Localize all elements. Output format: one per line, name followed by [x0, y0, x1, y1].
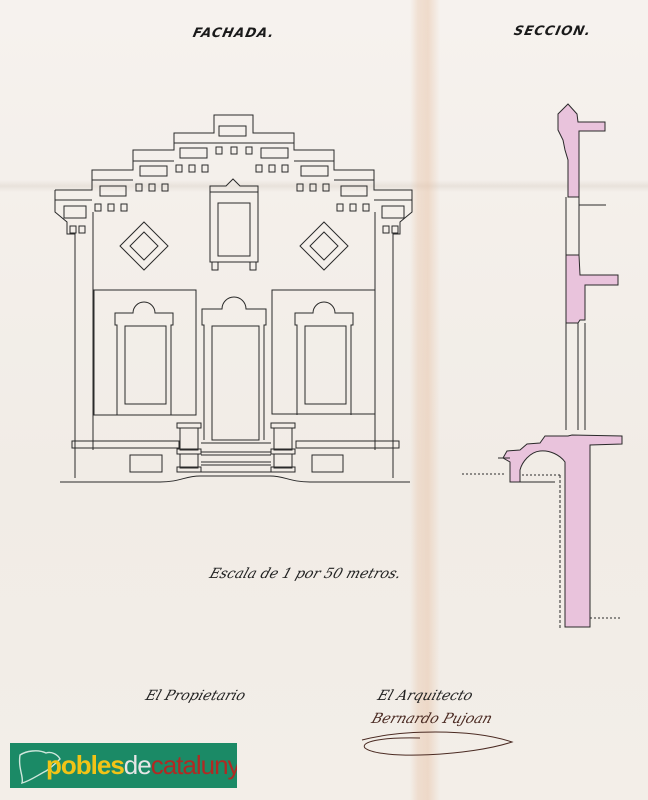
facade-title: FACHADA. — [191, 26, 276, 41]
logo-word-pobles: pobles — [46, 750, 124, 780]
logo-word-catalunya: catalunya — [151, 750, 237, 780]
owner-label: El Propietario — [143, 688, 247, 704]
scale-note: Escala de 1 por 50 metros. — [207, 566, 403, 582]
logo-word-de: de — [124, 750, 151, 780]
architect-label: El Arquitecto — [375, 688, 474, 704]
pobles-de-catalunya-logo[interactable]: poblesdecatalunya — [10, 743, 237, 788]
architectural-drawing — [0, 0, 648, 800]
section-title: SECCION. — [512, 24, 592, 39]
architect-signature: Bernardo Pujoan — [369, 711, 494, 727]
